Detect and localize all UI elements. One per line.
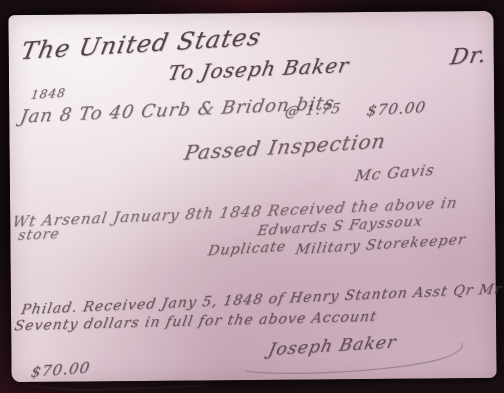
document-paper: The United States Dr. To Joseph Baker 18… (8, 11, 496, 382)
inspector-signature: Mc Gavis (354, 161, 437, 185)
signature-flourish-icon (243, 341, 473, 377)
debit-abbreviation: Dr. (448, 43, 489, 71)
ledger-year: 1848 (30, 86, 67, 102)
ledger-entry-amount: $70.00 (366, 98, 428, 120)
payee-name-header: To Joseph Baker (166, 53, 351, 85)
inspection-note: Passed Inspection (183, 129, 388, 165)
duplicate-label: Duplicate (207, 239, 288, 260)
amount-underline-flourish-icon (20, 375, 210, 393)
arsenal-receipt-cont: store (17, 226, 61, 244)
storekeeper-title: Military Storekeeper (294, 232, 467, 258)
ledger-entry-rate: @ 1.75 (284, 101, 343, 120)
photo-background: The United States Dr. To Joseph Baker 18… (0, 0, 504, 393)
